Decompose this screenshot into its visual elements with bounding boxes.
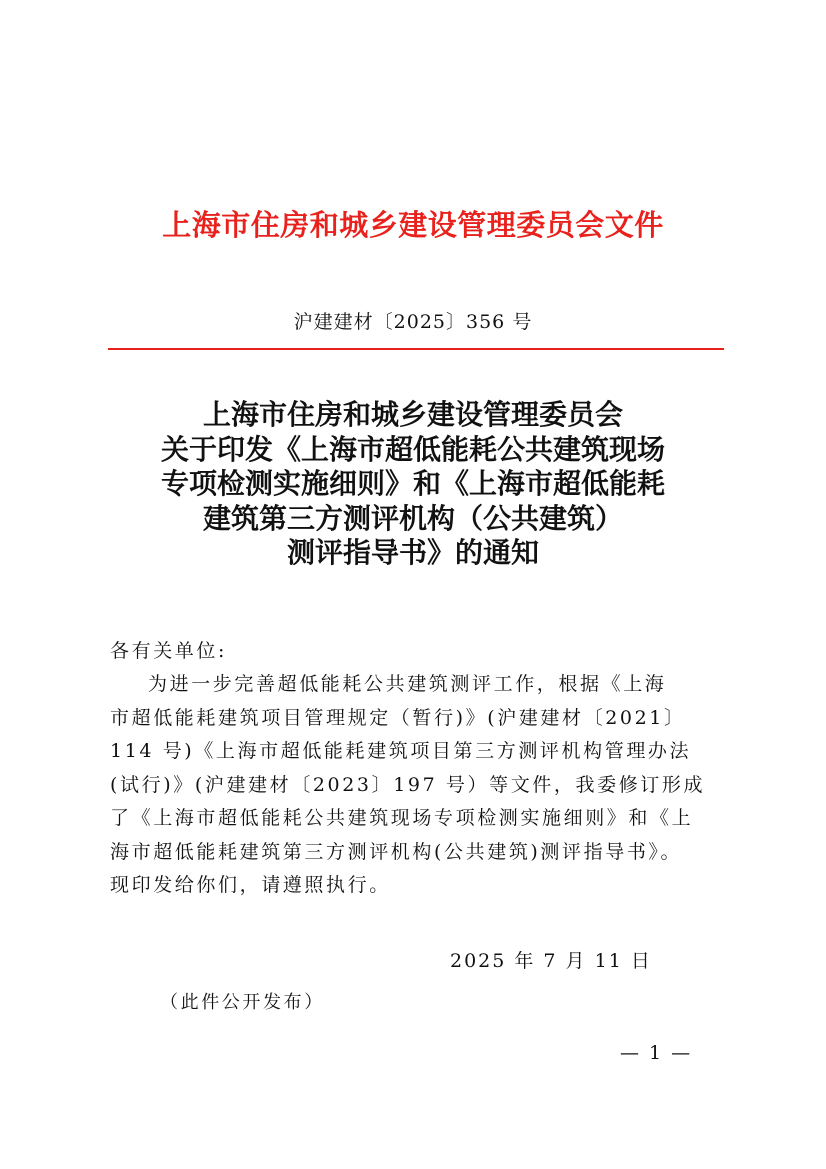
notice-title-line: 专项检测实施细则》和《上海市超低能耗 (0, 467, 826, 502)
notice-title-line: 建筑第三方测评机构（公共建筑） (0, 502, 826, 537)
paragraph-line: 114 号)《上海市超低能耗建筑项目第三方测评机构管理办法 (110, 735, 720, 769)
body-paragraph: 为进一步完善超低能耗公共建筑测评工作，根据《上海 市超低能耗建筑项目管理规定（暂… (110, 668, 720, 903)
salutation: 各有关单位: (110, 635, 720, 669)
paragraph-line: 了《上海市超低能耗公共建筑现场专项检测实施细则》和《上 (110, 802, 720, 836)
paragraph-line: (试行)》(沪建建材〔2023〕197 号）等文件，我委修订形成 (110, 769, 720, 803)
issuer-header-title: 上海市住房和城乡建设管理委员会文件 (0, 203, 826, 244)
public-release-note: （此件公开发布） (160, 988, 325, 1014)
page-number: — 1 — (620, 1042, 692, 1064)
notice-title-line: 关于印发《上海市超低能耗公共建筑现场 (0, 433, 826, 468)
paragraph-line: 市超低能耗建筑项目管理规定（暂行)》(沪建建材〔2021〕 (110, 702, 720, 736)
notice-title-line: 上海市住房和城乡建设管理委员会 (0, 398, 826, 433)
paragraph-line: 海市超低能耗建筑第三方测评机构(公共建筑)测评指导书》。 (110, 836, 720, 870)
red-divider-line (108, 348, 724, 350)
issue-date: 2025 年 7 月 11 日 (450, 946, 652, 973)
paragraph-line: 为进一步完善超低能耗公共建筑测评工作，根据《上海 (110, 668, 720, 702)
notice-title: 上海市住房和城乡建设管理委员会 关于印发《上海市超低能耗公共建筑现场 专项检测实… (0, 398, 826, 571)
notice-title-line: 测评指导书》的通知 (0, 536, 826, 571)
document-number: 沪建建材〔2025〕356 号 (0, 307, 826, 334)
paragraph-line: 现印发给你们，请遵照执行。 (110, 869, 720, 903)
